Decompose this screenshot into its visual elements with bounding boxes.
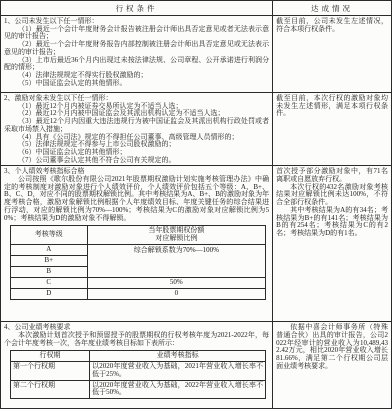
- condition-cell-4: 4、公司业绩考核要求 本次激励计划首次授予和预留授予的股票期权的行权考核年度为2…: [1, 322, 273, 409]
- vesting-conditions-table: 行权条件 达成情况 1、公司未发生以下任一情形： （1）最近一个会计年度财务会计…: [0, 0, 392, 409]
- status-1-text: 截至目前，公司未发生左述情况，符合本项行权条件。: [276, 18, 388, 33]
- perf-table-header-row: 行权期 业绩考核指标: [11, 351, 266, 362]
- perf-target-1: 以2020年度营业收入为基础，2021年营业收入增长率不低于25%。: [90, 362, 266, 380]
- perf-row-2: 第二个行权期 以2020年度营业收入为基础，2022年营业收入增长率不低于50%…: [11, 380, 266, 398]
- status-4-text: 依据中喜会计师事务所（特殊普通合伙）出具的审计报告，公司2022年经审计的营业收…: [276, 324, 388, 370]
- grade-header-ratio: 当年股票期权份额 对应解锁比例: [87, 226, 266, 244]
- condition-1-item-3: （3）上市后最近36个月内出现过未按法律法规、公司章程、公开承诺进行利润分配的情…: [4, 57, 269, 72]
- grade-value-c: 50%: [87, 277, 266, 288]
- condition-2-item-3: （3）最近12个月内因重大违法违规行为被中国证监会及其派出机构行政处罚或者采取市…: [4, 118, 269, 133]
- status-2-text: 截至目前，本次行权的激励对象均未发生左述情形，满足本项行权条件。: [276, 95, 388, 118]
- grade-value-d: 0: [87, 288, 266, 299]
- status-cell-2: 截至目前，本次行权的激励对象均未发生左述情形，满足本项行权条件。: [273, 93, 392, 166]
- column-header-status: 达成情况: [273, 1, 392, 16]
- announcement-sheet: 行权条件 达成情况 1、公司未发生以下任一情形： （1）最近一个会计年度财务会计…: [0, 0, 392, 409]
- grade-value-abb: 综合解锁系数为70%—100%: [87, 244, 266, 277]
- table-row: 1、公司未发生以下任一情形： （1）最近一个会计年度财务会计报告被注册会计师出具…: [1, 16, 392, 93]
- grade-label-b: B: [11, 266, 88, 277]
- table-row: 3、个人绩效考核指标合格 公司按照《歌尔股份有限公司2021年股票期权激励计划实…: [1, 166, 392, 322]
- condition-1-item-5: （5）中国证监会认定的其他情形。: [4, 80, 269, 88]
- status-3-para-3: 其中考核结果为A的有34名；考核结果为B+的有141名；考核结果为B的有254名…: [276, 207, 388, 238]
- status-3-para-1: 首次授予部分激励对象中，有71名离职或自愿放弃行权。: [276, 168, 388, 183]
- table-header-row: 行权条件 达成情况: [1, 1, 392, 16]
- table-row: 2、激励对象未发生以下任一情形： （1）最近12个月内被证券交易所认定为不适当人…: [1, 93, 392, 166]
- status-cell-4: 依据中喜会计师事务所（特殊普通合伙）出具的审计报告，公司2022年经审计的营业收…: [273, 322, 392, 409]
- grade-unlock-table: 考核等级 当年股票期权份额 对应解锁比例 A 综合解锁系数为70%—100%: [10, 225, 266, 299]
- condition-1-item-1: （1）最近一个会计年度财务会计报告被注册会计师出具否定意见或者无法表示意见的审计…: [4, 26, 269, 41]
- grade-label-d: D: [11, 288, 88, 299]
- condition-3-body: 公司按照《歌尔股份有限公司2021年股票期权激励计划实施考核管理办法》中确定的考…: [4, 176, 269, 222]
- grade-row-d: D 0: [11, 288, 266, 299]
- performance-target-table: 行权期 业绩考核指标 第一个行权期 以2020年度营业收入为基础，2021年营业…: [10, 350, 266, 399]
- perf-target-2: 以2020年度营业收入为基础，2022年营业收入增长率不低于50%。: [90, 380, 266, 398]
- condition-cell-3: 3、个人绩效考核指标合格 公司按照《歌尔股份有限公司2021年股票期权激励计划实…: [1, 166, 273, 322]
- condition-cell-2: 2、激励对象未发生以下任一情形： （1）最近12个月内被证券交易所认定为不适当人…: [1, 93, 273, 166]
- table-row: 4、公司业绩考核要求 本次激励计划首次授予和预留授予的股票期权的行权考核年度为2…: [1, 322, 392, 409]
- grade-row-c: C 50%: [11, 277, 266, 288]
- perf-row-1: 第一个行权期 以2020年度营业收入为基础，2021年营业收入增长率不低于25%…: [11, 362, 266, 380]
- column-header-conditions: 行权条件: [1, 1, 273, 16]
- perf-header-target: 业绩考核指标: [90, 351, 266, 362]
- condition-1-item-2: （2）最近一个会计年度财务报告内部控制被注册会计师出具否定意见或无法表示意见的审…: [4, 41, 269, 56]
- status-cell-3: 首次授予部分激励对象中，有71名离职或自愿放弃行权。 本次行权的432名激励对象…: [273, 166, 392, 322]
- status-cell-1: 截至目前，公司未发生左述情况，符合本项行权条件。: [273, 16, 392, 93]
- grade-header-ratio-line2: 对应解锁比例: [90, 235, 264, 243]
- status-3-para-2: 本次行权的432名激励对象考核结果对应解锁比例未达100%，不符合全部行权条件。: [276, 184, 388, 207]
- perf-header-period: 行权期: [11, 351, 90, 362]
- perf-period-1: 第一个行权期: [11, 362, 90, 380]
- condition-cell-1: 1、公司未发生以下任一情形： （1）最近一个会计年度财务会计报告被注册会计师出具…: [1, 16, 273, 93]
- perf-period-2: 第二个行权期: [11, 380, 90, 398]
- grade-label-bplus: B+: [11, 255, 88, 266]
- condition-2-item-7: （7）公司董事会认定其他不符合公司有关规定的。: [4, 157, 269, 165]
- grade-label-c: C: [11, 277, 88, 288]
- grade-row-a: A 综合解锁系数为70%—100%: [11, 244, 266, 255]
- condition-4-body: 本次激励计划首次授予和预留授予的股票期权的行权考核年度为2021-2022年，每…: [4, 332, 269, 347]
- grade-label-a: A: [11, 244, 88, 255]
- grade-table-header-row: 考核等级 当年股票期权份额 对应解锁比例: [11, 226, 266, 244]
- grade-header-level: 考核等级: [11, 226, 88, 244]
